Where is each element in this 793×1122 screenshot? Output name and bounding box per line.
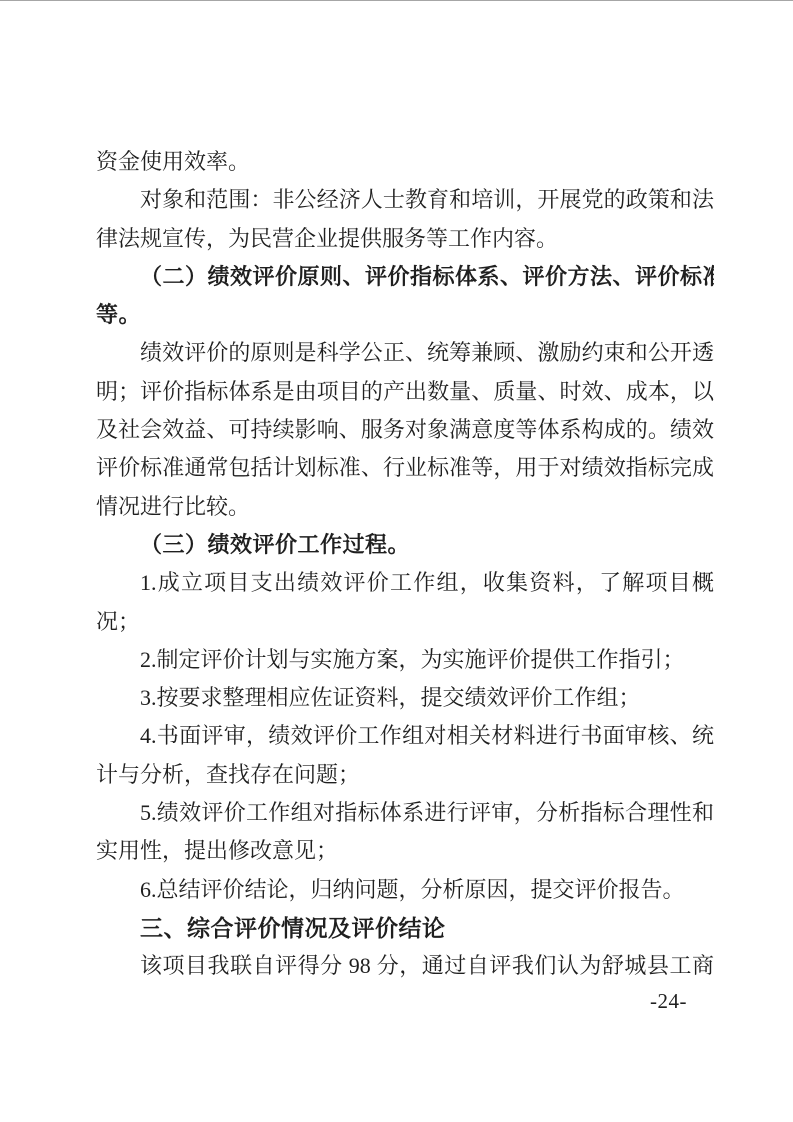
list-item-5-cont: 实用性，提出修改意见； bbox=[96, 832, 714, 870]
document-page: 资金使用效率。 对象和范围：非公经济人士教育和培训，开展党的政策和法 律法规宣传… bbox=[0, 0, 793, 1122]
body-line: 及社会效益、可持续影响、服务对象满意度等体系构成的。绩效 bbox=[96, 411, 714, 449]
list-item-2: 2.制定评价计划与实施方案，为实施评价提供工作指引； bbox=[96, 641, 714, 679]
body-line: 情况进行比较。 bbox=[96, 488, 714, 526]
heading-section-2-cont: 等。 bbox=[96, 296, 714, 334]
list-item-5: 5.绩效评价工作组对指标体系进行评审，分析指标合理性和 bbox=[96, 794, 714, 832]
list-item-4: 4.书面评审，绩效评价工作组对相关材料进行书面审核、统 bbox=[96, 717, 714, 755]
list-item-1: 1.成立项目支出绩效评价工作组，收集资料，了解项目概 bbox=[96, 564, 714, 602]
list-item-4-cont: 计与分析，查找存在问题； bbox=[96, 756, 714, 794]
body-line: 对象和范围：非公经济人士教育和培训，开展党的政策和法 bbox=[96, 181, 714, 219]
list-item-3: 3.按要求整理相应佐证资料，提交绩效评价工作组； bbox=[96, 679, 714, 717]
body-line: 资金使用效率。 bbox=[96, 143, 714, 181]
body-line: 绩效评价的原则是科学公正、统筹兼顾、激励约束和公开透 bbox=[96, 334, 714, 372]
body-line: 明；评价指标体系是由项目的产出数量、质量、时效、成本，以 bbox=[96, 373, 714, 411]
heading-major-3: 三、综合评价情况及评价结论 bbox=[96, 909, 714, 947]
heading-section-2: （二）绩效评价原则、评价指标体系、评价方法、评价标准 bbox=[96, 258, 714, 296]
page-top-edge-line bbox=[0, 0, 793, 1]
body-line: 该项目我联自评得分 98 分，通过自评我们认为舒城县工商 bbox=[96, 947, 714, 985]
page-number: -24- bbox=[650, 991, 710, 1012]
list-item-6: 6.总结评价结论，归纳问题，分析原因，提交评价报告。 bbox=[96, 871, 714, 909]
body-line: 律法规宣传，为民营企业提供服务等工作内容。 bbox=[96, 220, 714, 258]
body-line: 评价标准通常包括计划标准、行业标准等，用于对绩效指标完成 bbox=[96, 449, 714, 487]
list-item-1-cont: 况； bbox=[96, 603, 714, 641]
body-text-column: 资金使用效率。 对象和范围：非公经济人士教育和培训，开展党的政策和法 律法规宣传… bbox=[96, 143, 714, 986]
heading-section-3: （三）绩效评价工作过程。 bbox=[96, 526, 714, 564]
